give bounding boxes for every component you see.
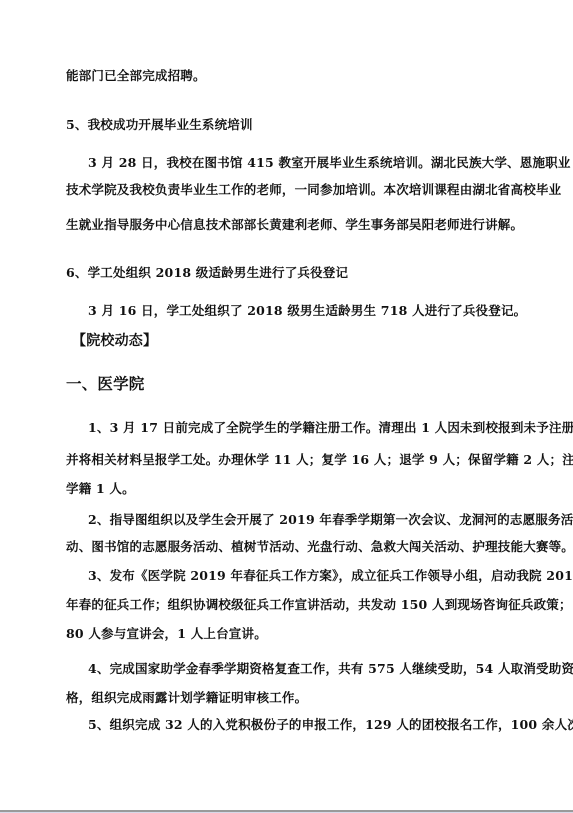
paragraph-line: 3 月 28 日，我校在图书馆 415 教室开展毕业生系统培训。湖北民族大学、恩…	[88, 153, 571, 171]
paragraph-line: 动、图书馆的志愿服务活动、植树节活动、光盘行动、急救大闯关活动、护理技能大赛等。	[66, 537, 573, 555]
paragraph-line: 2、指导图组织以及学生会开展了 2019 年春季学期第一次会议、龙洞河的志愿服务…	[88, 510, 573, 528]
paragraph-line: 4、完成国家助学金春季学期资格复查工作，共有 575 人继续受助，54 人取消受…	[88, 659, 573, 677]
paragraph-line: 3、发布《医学院 2019 年春征兵工作方案》，成立征兵工作领导小组，启动我院 …	[88, 566, 573, 584]
paragraph-line: 能部门已全部完成招聘。	[66, 66, 206, 84]
paragraph-line: 格，组织完成雨露计划学籍证明审核工作。	[66, 688, 307, 706]
paragraph-line: 1、3 月 17 日前完成了全院学生的学籍注册工作。清理出 1 人因未到校报到未…	[88, 418, 573, 436]
document-page: 能部门已全部完成招聘。 5、我校成功开展毕业生系统培训 3 月 28 日，我校在…	[0, 0, 573, 810]
item-heading-6: 6、学工处组织 2018 级适龄男生进行了兵役登记	[66, 263, 348, 281]
item-heading-5: 5、我校成功开展毕业生系统培训	[66, 115, 253, 133]
paragraph-line: 并将相关材料呈报学工处。办理休学 11 人；复学 16 人；退学 9 人；保留学…	[66, 450, 573, 468]
heading-medical-school: 一、医学院	[66, 372, 145, 394]
paragraph-line: 学籍 1 人。	[66, 479, 135, 497]
paragraph-line: 3 月 16 日，学工处组织了 2018 级男生适龄男生 718 人进行了兵役登…	[88, 301, 526, 319]
paragraph-line: 生就业指导服务中心信息技术部部长黄建利老师、学生事务部吴阳老师进行讲解。	[66, 215, 523, 233]
paragraph-line: 年春的征兵工作；组织协调校级征兵工作宣讲活动，共发动 150 人到现场咨询征兵政…	[66, 595, 572, 613]
paragraph-line: 80 人参与宣讲会，1 人上台宣讲。	[66, 624, 267, 642]
paragraph-line: 技术学院及我校负责毕业生工作的老师，一同参加培训。本次培训课程由湖北省高校毕业	[66, 180, 561, 198]
paragraph-line: 5、组织完成 32 人的入党积极份子的申报工作，129 人的团校报名工作，100…	[88, 715, 573, 733]
section-heading-campus-news: 【院校动态】	[72, 330, 157, 350]
